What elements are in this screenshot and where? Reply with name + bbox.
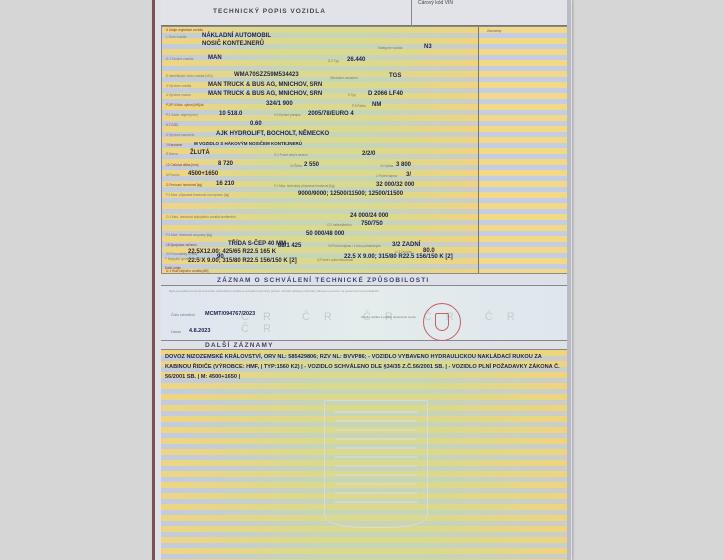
vehicle-axles: 3/ — [406, 172, 411, 178]
vehicle-type-line1: NÁKLADNÍ AUTOMOBIL — [202, 33, 271, 39]
tyres-axle3: 22.5 X 9.00; 315/80 R22.5 156/150 K [2] — [188, 258, 297, 264]
label-approval-date: Datum — [171, 330, 181, 334]
label-combination: F.4 Max. hmotnost soupravy [kg] — [166, 233, 212, 237]
vehicle-category: N3 — [424, 44, 432, 50]
approval-note: Byla prováděna kontrola technické způsob… — [169, 289, 563, 293]
records-side-column: Záznamy — [478, 27, 570, 273]
stamp-label: Úřední razítko a podpis oprávněné osoby — [361, 315, 416, 319]
engine-displacement: 10 518.0 — [219, 111, 242, 117]
label-co2: V.7 CO2 — [166, 123, 178, 127]
label-axle-loads: F.3 Max. přípustná hmotnost na nápravu [… — [166, 193, 229, 197]
label-type: D.2 Typ — [328, 59, 339, 63]
label-emissions: V.9 Emisní předpis — [274, 113, 300, 117]
label-trailer: O.1 Max. hmotnost přípojného vozidla brz… — [166, 215, 236, 219]
label-noise-drive: U.3 Za jízdy — [395, 250, 412, 254]
vehicle-width: 2 550 — [304, 162, 319, 168]
vin-barcode-box: Čárový kód VIN — [411, 0, 569, 26]
vehicle-co2: 0.60 — [250, 121, 262, 127]
vehicle-manufacturer: MAN TRUCK & BUS AG, MNICHOV, SRN — [208, 82, 322, 88]
label-other-data: Další údaje — [165, 266, 181, 270]
label-engine-manufacturer: 4 Výrobce motoru — [166, 93, 191, 97]
vehicle-specs-main: A Údaje registrace vozidla 1 Druh vozidl… — [162, 27, 478, 273]
vehicle-seats: 2/2/0 — [362, 151, 375, 157]
label-coupling: 18 Spojovací zařízení — [166, 243, 197, 247]
label-axles: L Počet náprav — [376, 174, 397, 178]
approval-title-bar: ZÁZNAM O SCHVÁLENÍ TECHNICKÉ ZPŮSOBILOST… — [161, 274, 569, 286]
label-category: Kategorie vozidla — [378, 46, 402, 50]
label-variant: Obchodní označení — [330, 76, 358, 80]
engine-power: 324/1 900 — [266, 101, 293, 107]
label-fuel: P.3 Palivo — [352, 104, 366, 108]
vehicle-axle-loads: 9000/9000; 12500/11500; 12500/11500 — [298, 191, 403, 197]
vehicle-curb-weight: 16 210 — [216, 181, 234, 187]
label-power-weight: Q Poměr výkon/hmotnost — [317, 258, 353, 262]
coat-of-arms-watermark-icon — [324, 400, 428, 528]
approval-title: ZÁZNAM O SCHVÁLENÍ TECHNICKÉ ZPŮSOBILOST… — [217, 277, 429, 284]
label-vehicle-type: 1 Druh vozidla — [166, 35, 186, 39]
approval-number: MCMT/094767/2023 — [205, 311, 255, 317]
label-engine-type: 5 Typ — [348, 93, 356, 97]
label-vin: E Identifikační číslo vozidla (VIN) — [166, 74, 213, 78]
vehicle-color: ŽLUTÁ — [190, 150, 210, 156]
remarks-text: DOVOZ NIZOZEMSKÉ KRÁLOVSTVÍ, ORV NL: 585… — [165, 352, 565, 382]
vehicle-max-weight: 32 000/32 000 — [376, 182, 414, 188]
vehicle-make: MAN — [208, 55, 222, 61]
document-header: TECHNICKÝ POPIS VOZIDLA Čárový kód VIN — [161, 0, 569, 26]
label-drive-axles: 19 Počet náprav / z toho poháněných — [328, 244, 381, 248]
emission-standard: 2005/78/EURO 4 — [308, 111, 354, 117]
label-make: D.1 Tovární značka — [166, 57, 193, 61]
remarks-section: DOVOZ NIZOZEMSKÉ KRÁLOVSTVÍ, ORV NL: 585… — [161, 349, 569, 560]
approval-date: 4.8.2023 — [189, 328, 210, 334]
document-title: TECHNICKÝ POPIS VOZIDLA — [213, 8, 326, 15]
approval-section: Byla prováděna kontrola technické způsob… — [161, 286, 569, 341]
label-displacement: P.1 Zdvih. objem [cm³] — [166, 113, 197, 117]
engine-type: D 2066 LF40 — [368, 91, 403, 97]
vin-barcode-label: Čárový kód VIN — [418, 0, 453, 6]
noise-driving: 80.0 — [423, 248, 435, 254]
label-body-manufacturer: 6 Výrobce karoserie — [166, 133, 194, 137]
label-body-type: J Karoserie — [166, 143, 182, 147]
trailer-braked: 24 000/24 000 — [350, 213, 388, 219]
vehicle-specs-section: A Údaje registrace vozidla 1 Druh vozidl… — [161, 26, 569, 274]
label-height: 14 Výška — [380, 164, 393, 168]
label-curb-weight: G Provozní hmotnost [kg] — [166, 183, 202, 187]
document-page: TECHNICKÝ POPIS VOZIDLA Čárový kód VIN A… — [152, 0, 572, 560]
tyres-axle1: 22.5X12.00; 425/65 R22.5 165 K — [188, 249, 276, 255]
vehicle-max-speed: 90 — [217, 254, 224, 260]
vehicle-variant: TGS — [389, 73, 401, 79]
vehicle-length: 8 720 — [218, 161, 233, 167]
vehicle-height: 3 800 — [396, 162, 411, 168]
official-stamp-icon — [423, 303, 461, 341]
engine-manufacturer: MAN TRUCK & BUS AG, MNICHOV, SRN — [208, 91, 322, 97]
remarks-title: DALŠÍ ZÁZNAMY — [205, 342, 274, 349]
label-length: 12 Celková délka [mm] — [166, 163, 198, 167]
vehicle-type-code: 26.440 — [347, 57, 365, 63]
label-seats: S.1 Počet míst k sezení — [274, 153, 307, 157]
records-side-label: Záznamy — [487, 29, 501, 33]
paper-edge — [567, 0, 571, 560]
engine-fuel: NM — [372, 102, 381, 108]
vehicle-drive-axles: 3/2 ZADNÍ — [392, 242, 420, 248]
label-unbraked: O.2 nebrzděného — [327, 223, 352, 227]
label-wheelbase: M Rozvor — [166, 173, 180, 177]
label-manufacturer: 3 Výrobce vozidla — [166, 84, 191, 88]
body-type: M VOZIDLO S HÁKOVÝM NOSIČEM KONTEJNERŮ — [194, 141, 302, 146]
coat-of-arms-icon — [435, 313, 449, 331]
label-max-speed: T Nejvyšší rychlost [km/h] — [165, 257, 201, 261]
body-manufacturer: AJK HYDROLIFT, BOCHOLT, NĚMECKO — [216, 131, 329, 137]
label-registration: A Údaje registrace vozidla — [166, 28, 203, 32]
label-approval-number: Číslo schválení — [171, 313, 195, 317]
vehicle-wheelbase: 4500+1650 — [188, 171, 218, 177]
noise-standing: 88/1 425 — [278, 243, 301, 249]
label-color: R Barva — [166, 152, 178, 156]
combination-weight: 50 000/48 000 — [306, 231, 344, 237]
trailer-unbraked: 750/750 — [361, 221, 383, 227]
label-power: P.2/P.4 Max. výkon [kW]/ot. — [166, 103, 204, 107]
vehicle-vin: WMA70SZZ59M534423 — [234, 72, 299, 78]
vehicle-type-line2: NOSIČ KONTEJNERŮ — [202, 41, 264, 47]
label-width: 13 Šířka — [290, 164, 302, 168]
tyres-axle2: 22.5 X 9.00; 315/80 R22.5 156/150 K [2] — [344, 254, 453, 260]
label-max-weight: F.1 Max. technicky přípustná hmotnost [k… — [274, 184, 334, 188]
